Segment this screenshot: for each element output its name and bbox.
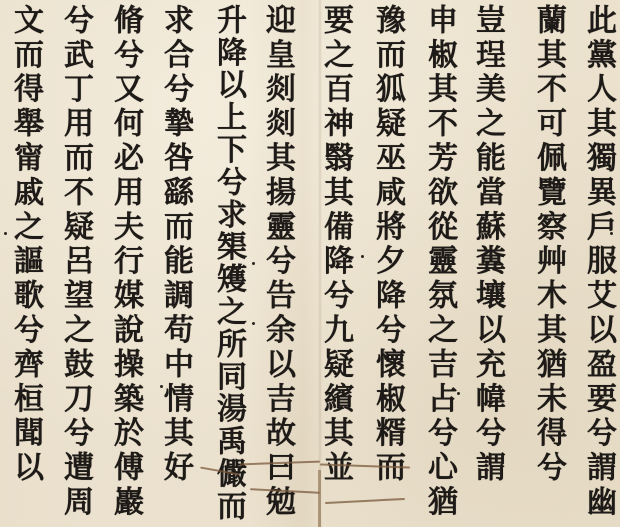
text-column-3: 豈珵美之能當蘇糞壤以充幃兮謂 [472,4,502,486]
punctuation-dot [608,148,611,151]
text-column-10: 脩兮又何必用夫行媒說操築於傅巖 [110,4,140,520]
paper-crack [325,498,405,504]
punctuation-dot [252,322,255,325]
punctuation-dot [4,232,7,235]
text-column-6: 要之百神翳其備降兮九疑繽其並 [320,4,350,486]
text-column-8: 升降以上下兮求榘矱之所同湯禹儼而 [213,4,243,522]
punctuation-dot [361,255,364,258]
text-column-11: 兮武丁用而不疑呂望之鼓刀兮遭周 [60,4,90,520]
text-column-5: 豫而狐疑巫咸將夕降兮懷椒糈而 [372,4,402,486]
punctuation-dot [610,232,613,235]
punctuation-dot [252,262,255,265]
text-column-12: 文而得舉甯戚之謳歌兮齊桓聞以 [10,4,40,486]
paper-tear [318,470,321,527]
text-column-7: 迎皇剡剡其揚靈兮告余以吉故曰勉 [262,4,292,520]
text-column-4: 申椒其不芳欲從靈氛之吉占兮心猶 [424,4,454,520]
punctuation-dot [457,392,460,395]
text-column-2: 蘭其不可佩覽察艸木其猶未得兮 [533,4,563,486]
text-column-1: 此黨人其獨異戶服艾以盈要兮謂幽 [583,4,613,520]
punctuation-dot [160,385,163,388]
text-column-9: 求合兮摯咎繇而能調苟中情其好 [160,4,190,486]
manuscript-page: 此黨人其獨異戶服艾以盈要兮謂幽 蘭其不可佩覽察艸木其猶未得兮 豈珵美之能當蘇糞壤… [0,0,620,527]
